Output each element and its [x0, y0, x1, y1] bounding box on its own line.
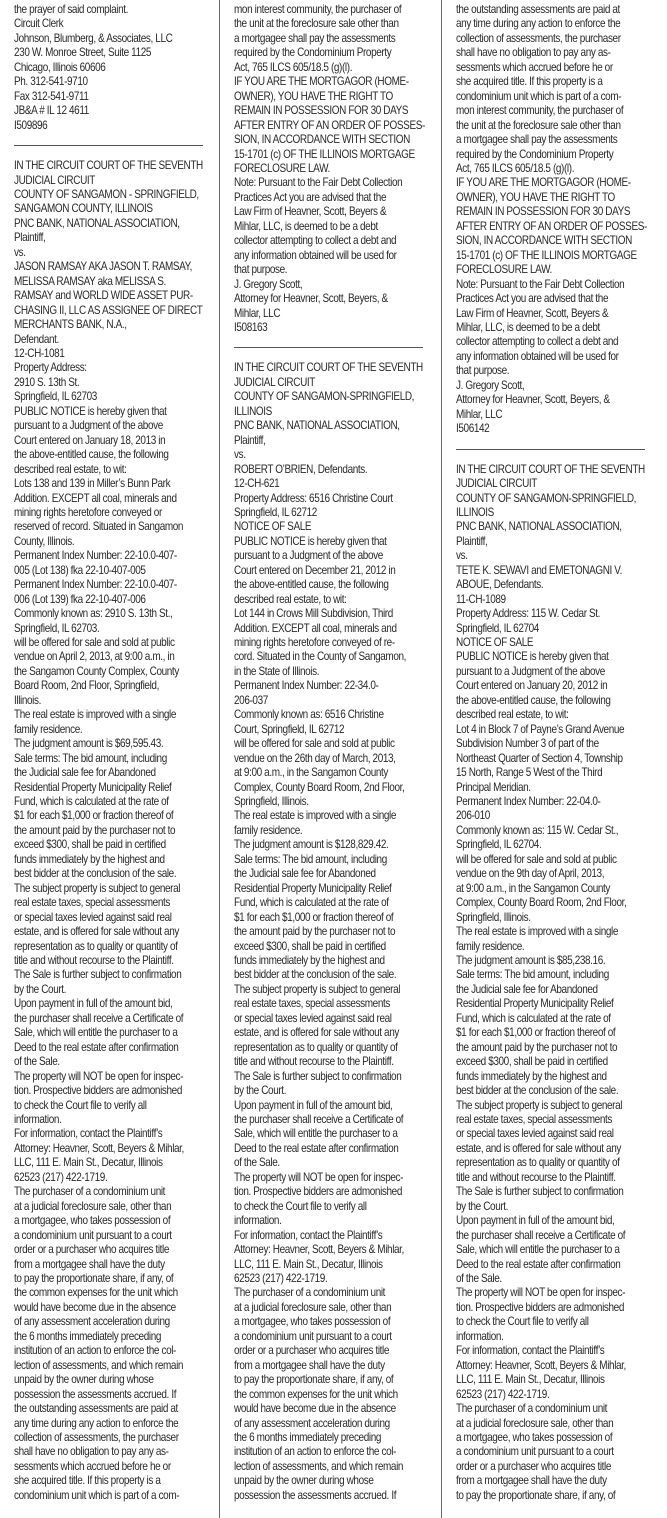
notice-line: order or a purchaser who acquires title: [456, 1460, 654, 1474]
notice-line: or special taxes levied against said rea…: [14, 911, 212, 925]
notice-line: any information obtained will be used fo…: [456, 350, 654, 364]
notice-line: or special taxes levied against said rea…: [234, 1012, 432, 1026]
notice-line: The purchaser of a condominium unit: [14, 1185, 212, 1199]
notice-line: The real estate is improved with a singl…: [14, 708, 212, 722]
notice-line: Deed to the real estate after confirmati…: [14, 1041, 212, 1055]
notice-line: Board Room, 2nd Floor, Springfield,: [14, 679, 212, 693]
notice-line: of the Sale.: [14, 1055, 212, 1069]
column-3: the outstanding assessments are paid ata…: [442, 0, 667, 1518]
notice-line: representation as to quality or quantity…: [456, 1156, 654, 1170]
notice-line: 206-037: [234, 694, 432, 708]
notice-line: estate, and is offered for sale without …: [456, 1142, 654, 1156]
notice-line: of any assessment acceleration during: [234, 1417, 432, 1431]
notice-line: tion. Prospective bidders are admonished: [234, 1185, 432, 1199]
notice-line: Fax 312-541-9711: [14, 90, 212, 104]
notice-line: by the Court.: [234, 1084, 432, 1098]
notice-line: a condominium unit pursuant to a court: [456, 1445, 654, 1459]
notice-line: Plaintiff,: [14, 231, 212, 245]
notice-line: will be offered for sale and sold at pub…: [456, 853, 654, 867]
notice-line: 006 (Lot 139) fka 22-10-407-006: [14, 593, 212, 607]
notice-line: FORECLOSURE LAW.: [456, 263, 654, 277]
notice-line: Residential Property Municipality Relief: [456, 997, 654, 1011]
notice-line: COUNTY OF SANGAMON-SPRINGFIELD,: [234, 390, 432, 404]
notice-line: title and without recourse to the Plaint…: [14, 954, 212, 968]
notice-line: the outstanding assessments are paid at: [14, 1402, 212, 1416]
notice-line: any time during any action to enforce th…: [456, 17, 654, 31]
notice-line: Illinois.: [14, 694, 212, 708]
notice-line: Plaintiff,: [456, 535, 654, 549]
notice-line: the purchaser shall receive a Certificat…: [14, 1012, 212, 1026]
notice-line: at a judicial foreclosure sale, other th…: [456, 1417, 654, 1431]
notice-line: would have become due in the absence: [234, 1402, 432, 1416]
notice-line: AFTER ENTRY OF AN ORDER OF POSSES-: [456, 220, 654, 234]
notice-line: The subject property is subject to gener…: [14, 882, 212, 896]
column-2: mon interest community, the purchaser of…: [220, 0, 442, 1518]
notice-line: Deed to the real estate after confirmati…: [456, 1258, 654, 1272]
notice-line: Property Address:: [14, 361, 212, 375]
notice-line: Springfield, IL 62703.: [14, 622, 212, 636]
notice-line: a mortgagee shall pay the assessments: [234, 32, 432, 46]
notice-line: The purchaser of a condominium unit: [234, 1286, 432, 1300]
notice-line: at 9:00 a.m., in the Sangamon County: [234, 766, 432, 780]
notice-line: Law Firm of Heavner, Scott, Beyers &: [456, 307, 654, 321]
notice-line: a mortgagee shall pay the assessments: [456, 133, 654, 147]
notice-line: 15-1701 (c) OF THE ILLINOIS MORTGAGE: [456, 249, 654, 263]
notice-end-i508163: mon interest community, the purchaser of…: [234, 3, 441, 335]
notice-line: Permanent Index Number: 22-04.0-: [456, 795, 654, 809]
notice-line: will be offered for sale and sold at pub…: [234, 737, 432, 751]
notice-line: possession the assessments accrued. If: [14, 1388, 212, 1402]
notice-line: by the Court.: [456, 1200, 654, 1214]
notice-line: $1 for each $1,000 or fraction thereof o…: [456, 1026, 654, 1040]
notice-line: The real estate is improved with a singl…: [456, 925, 654, 939]
notice-line: The Sale is further subject to confirmat…: [234, 1070, 432, 1084]
notice-line: to check the Court file to verify all: [14, 1099, 212, 1113]
notice-line: 206-010: [456, 809, 654, 823]
notice-line: 2910 S. 13th St.: [14, 376, 212, 390]
notice-line: to pay the proportionate share, if any, …: [234, 1373, 432, 1387]
notice-line: title and without recourse to the Plaint…: [456, 1171, 654, 1185]
notice-line: NOTICE OF SALE: [456, 636, 654, 650]
notice-line: Permanent Index Number: 22-34.0-: [234, 679, 432, 693]
notice-line: 11-CH-1089: [456, 593, 654, 607]
notice-line: Attorney: Heavner, Scott, Beyers & Mihla…: [456, 1359, 654, 1373]
notice-line: family residence.: [456, 940, 654, 954]
notice-obrien-12-ch-621: IN THE CIRCUIT COURT OF THE SEVENTHJUDIC…: [234, 361, 441, 1503]
notice-line: would have become due in the absence: [14, 1301, 212, 1315]
notice-line: cord. Situated in the County of Sangamon…: [234, 650, 432, 664]
notice-line: funds immediately by the highest and: [234, 954, 432, 968]
notice-line: REMAIN IN POSSESSION FOR 30 DAYS: [456, 205, 654, 219]
notice-line: a condominium unit pursuant to a court: [234, 1330, 432, 1344]
notice-line: a mortgagee, who takes possession of: [234, 1315, 432, 1329]
notice-line: collection of assessments, the purchaser: [456, 32, 654, 46]
notice-line: Attorney: Heavner, Scott, Beyers & Mihla…: [14, 1142, 212, 1156]
notice-line: The property will NOT be open for inspec…: [234, 1171, 432, 1185]
notice-line: tion. Prospective bidders are admonished: [14, 1084, 212, 1098]
notice-line: funds immediately by the highest and: [456, 1070, 654, 1084]
notice-line: vs.: [14, 246, 212, 260]
notice-line: Sale, which will entitle the purchaser t…: [234, 1127, 432, 1141]
notice-line: Defendant.: [14, 333, 212, 347]
notice-line: funds immediately by the highest and: [14, 853, 212, 867]
notice-line: family residence.: [234, 824, 432, 838]
notice-line: Sale terms: The bid amount, including: [234, 853, 432, 867]
notice-line: Addition. EXCEPT all coal, minerals and: [14, 492, 212, 506]
notice-line: order or a purchaser who acquires title: [234, 1344, 432, 1358]
notice-line: Residential Property Municipality Relief: [14, 781, 212, 795]
notice-line: to check the Court file to verify all: [456, 1315, 654, 1329]
notice-line: by the Court.: [14, 983, 212, 997]
notice-line: condominium unit which is part of a com-: [14, 1489, 212, 1503]
notice-line: pursuant to a Judgment of the above: [234, 549, 432, 563]
notice-line: a mortgagee, who takes possession of: [14, 1214, 212, 1228]
notice-line: $1 for each $1,000 or fraction thereof o…: [14, 809, 212, 823]
notice-line: a mortgagee, who takes possession of: [456, 1431, 654, 1445]
notice-line: unpaid by the owner during whose: [14, 1373, 212, 1387]
notice-line: The purchaser of a condominium unit: [456, 1402, 654, 1416]
notice-line: at a judicial foreclosure sale, other th…: [234, 1301, 432, 1315]
notice-line: Mihlar, LLC: [456, 408, 654, 422]
notice-line: REMAIN IN POSSESSION FOR 30 DAYS: [234, 104, 432, 118]
notice-line: The judgment amount is $128,829.42.: [234, 838, 432, 852]
notice-line: the common expenses for the unit which: [14, 1286, 212, 1300]
notice-line: best bidder at the conclusion of the sal…: [456, 1084, 654, 1098]
notice-line: any time during any action to enforce th…: [14, 1417, 212, 1431]
notice-line: Upon payment in full of the amount bid,: [14, 997, 212, 1011]
notice-line: Addition. EXCEPT all coal, minerals and: [234, 622, 432, 636]
notice-line: Chicago, Illinois 60606: [14, 61, 212, 75]
notice-line: Sale terms: The bid amount, including: [456, 968, 654, 982]
notice-line: Principal Meridian.: [456, 781, 654, 795]
notice-line: Court entered on January 18, 2013 in: [14, 434, 212, 448]
notice-line: real estate taxes, special assessments: [234, 997, 432, 1011]
notice-line: J. Gregory Scott,: [456, 379, 654, 393]
notice-line: Northeast Quarter of Section 4, Township: [456, 752, 654, 766]
notice-line: IN THE CIRCUIT COURT OF THE SEVENTH: [234, 361, 432, 375]
notice-line: Mihlar, LLC, is deemed to be a debt: [456, 321, 654, 335]
notice-line: information.: [456, 1330, 654, 1344]
notice-line: tion. Prospective bidders are admonished: [456, 1301, 654, 1315]
notice-line: ROBERT O’BRIEN, Defendants.: [234, 463, 432, 477]
notice-end-i506142: the outstanding assessments are paid ata…: [456, 3, 667, 437]
notice-line: the purchaser shall receive a Certificat…: [456, 1229, 654, 1243]
notice-line: possession the assessments accrued. If: [234, 1489, 432, 1503]
notice-line: For information, contact the Plaintiff’s: [14, 1127, 212, 1141]
notice-line: 12-CH-1081: [14, 347, 212, 361]
notice-line: 15-1701 (c) OF THE ILLINOIS MORTGAGE: [234, 148, 432, 162]
notice-line: a condominium unit pursuant to a court: [14, 1229, 212, 1243]
notice-line: Commonly known as: 115 W. Cedar St.,: [456, 824, 654, 838]
notice-line: that purpose.: [234, 263, 432, 277]
notice-line: shall have no obligation to pay any as-: [14, 1445, 212, 1459]
notice-line: Sale, which will entitle the purchaser t…: [14, 1026, 212, 1040]
notice-line: Court entered on December 21, 2012 in: [234, 564, 432, 578]
notice-line: institution of an action to enforce the …: [14, 1344, 212, 1358]
notice-line: Note: Pursuant to the Fair Debt Collecti…: [234, 176, 432, 190]
notice-end-i509896: the prayer of said complaint.Circuit Cle…: [14, 3, 219, 133]
notice-line: Commonly known as: 2910 S. 13th St.,: [14, 607, 212, 621]
notice-line: The subject property is subject to gener…: [456, 1099, 654, 1113]
notice-line: vendue on April 2, 2013, at 9:00 a.m., i…: [14, 650, 212, 664]
notice-line: SION, IN ACCORDANCE WITH SECTION: [456, 234, 654, 248]
notice-line: of any assessment acceleration during: [14, 1315, 212, 1329]
notice-line: the unit at the foreclosure sale other t…: [456, 119, 654, 133]
notice-line: Springfield, Illinois.: [234, 795, 432, 809]
notice-line: For information, contact the Plaintiff’s: [234, 1229, 432, 1243]
notice-line: exceed $300, shall be paid in certified: [234, 940, 432, 954]
notice-line: estate, and is offered for sale without …: [14, 925, 212, 939]
notice-line: 62523 (217) 422-1719.: [14, 1171, 212, 1185]
notice-line: JUDICIAL CIRCUIT: [14, 174, 212, 188]
notice-separator: [456, 449, 645, 450]
notice-line: family residence.: [14, 723, 212, 737]
notice-line: IN THE CIRCUIT COURT OF THE SEVENTH: [14, 159, 212, 173]
notice-line: 15 North, Range 5 West of the Third: [456, 766, 654, 780]
notice-line: ABOUE, Defendants.: [456, 578, 654, 592]
notice-line: mon interest community, the purchaser of: [456, 104, 654, 118]
notice-line: JB&A # IL 12 4611: [14, 104, 212, 118]
notice-line: Springfield, IL 62703: [14, 390, 212, 404]
notice-line: institution of an action to enforce the …: [234, 1445, 432, 1459]
notice-line: Note: Pursuant to the Fair Debt Collecti…: [456, 278, 654, 292]
notice-line: Fund, which is calculated at the rate of: [234, 896, 432, 910]
legal-notices-page: the prayer of said complaint.Circuit Cle…: [0, 0, 667, 1518]
notice-line: collector attempting to collect a debt a…: [234, 234, 432, 248]
notice-line: 62523 (217) 422-1719.: [456, 1388, 654, 1402]
notice-line: OWNER), YOU HAVE THE RIGHT TO: [234, 90, 432, 104]
notice-line: PUBLIC NOTICE is hereby given that: [456, 650, 654, 664]
notice-line: sessments which accrued before he or: [456, 61, 654, 75]
notice-line: I509896: [14, 119, 212, 133]
notice-line: real estate taxes, special assessments: [456, 1113, 654, 1127]
notice-line: sessments which accrued before he or: [14, 1460, 212, 1474]
notice-line: Practices Act you are advised that the: [456, 292, 654, 306]
notice-line: PUBLIC NOTICE is hereby given that: [14, 405, 212, 419]
notice-line: IF YOU ARE THE MORTGAGOR (HOME-: [234, 75, 432, 89]
notice-line: I506142: [456, 422, 654, 436]
notice-line: Fund, which is calculated at the rate of: [14, 795, 212, 809]
notice-line: SANGAMON COUNTY, ILLINOIS: [14, 202, 212, 216]
notice-line: COUNTY OF SANGAMON-SPRINGFIELD,: [456, 492, 654, 506]
notice-line: MELISSA RAMSAY aka MELISSA S.: [14, 275, 212, 289]
notice-line: TETE K. SEWAVI and EMETONAGNI V.: [456, 564, 654, 578]
notice-line: real estate taxes, special assessments: [14, 896, 212, 910]
notice-line: any information obtained will be used fo…: [234, 249, 432, 263]
notice-line: Mihlar, LLC: [234, 307, 432, 321]
notice-line: Lots 138 and 139 in Miller’s Bunn Park: [14, 477, 212, 491]
notice-line: Fund, which is calculated at the rate of: [456, 1012, 654, 1026]
notice-line: Attorney for Heavner, Scott, Beyers, &: [456, 393, 654, 407]
notice-line: Ph. 312-541-9710: [14, 75, 212, 89]
notice-line: vs.: [456, 549, 654, 563]
notice-line: pursuant to a Judgment of the above: [14, 419, 212, 433]
notice-line: required by the Condominium Property: [234, 46, 432, 60]
notice-line: CHASING II, LLC AS ASSIGNEE OF DIRECT: [14, 304, 212, 318]
notice-line: Law Firm of Heavner, Scott, Beyers &: [234, 205, 432, 219]
notice-line: she acquired title. If this property is …: [14, 1474, 212, 1488]
notice-line: required by the Condominium Property: [456, 148, 654, 162]
notice-line: JUDICIAL CIRCUIT: [234, 376, 432, 390]
notice-line: Springfield, IL 62704.: [456, 838, 654, 852]
notice-line: the above-entitled cause, the following: [234, 578, 432, 592]
notice-separator: [234, 347, 423, 348]
notice-line: J. Gregory Scott,: [234, 278, 432, 292]
notice-line: Attorney: Heavner, Scott, Beyers & Mihla…: [234, 1243, 432, 1257]
notice-line: vs.: [234, 448, 432, 462]
column-1: the prayer of said complaint.Circuit Cle…: [0, 0, 220, 1518]
notice-line: order or a purchaser who acquires title: [14, 1243, 212, 1257]
notice-line: Court, Springfield, IL 62712: [234, 723, 432, 737]
notice-ramsay-12-ch-1081: IN THE CIRCUIT COURT OF THE SEVENTHJUDIC…: [14, 159, 219, 1503]
notice-line: the Judicial sale fee for Abandoned: [234, 867, 432, 881]
notice-line: condominium unit which is part of a com-: [456, 90, 654, 104]
notice-line: vendue on the 9th day of April, 2013,: [456, 867, 654, 881]
notice-line: from a mortgagee shall have the duty: [456, 1474, 654, 1488]
notice-line: at 9:00 a.m., in the Sangamon County: [456, 882, 654, 896]
notice-line: described real estate, to wit:: [456, 708, 654, 722]
notice-line: mon interest community, the purchaser of: [234, 3, 432, 17]
notice-line: SION, IN ACCORDANCE WITH SECTION: [234, 133, 432, 147]
notice-line: RAMSAY and WORLD WIDE ASSET PUR-: [14, 289, 212, 303]
notice-line: $1 for each $1,000 or fraction thereof o…: [234, 911, 432, 925]
notice-line: that purpose.: [456, 364, 654, 378]
notice-line: mining rights heretofore conveyed or: [14, 506, 212, 520]
notice-line: representation as to quality or quantity…: [14, 940, 212, 954]
notice-line: reserved of record. Situated in Sangamon: [14, 520, 212, 534]
notice-sewavi-11-ch-1089: IN THE CIRCUIT COURT OF THE SEVENTHJUDIC…: [456, 463, 667, 1504]
notice-line: of the Sale.: [234, 1156, 432, 1170]
notice-line: Act, 765 ILCS 605/18.5 (g)(l).: [456, 162, 654, 176]
notice-line: LLC, 111 E. Main St., Decatur, Illinois: [456, 1373, 654, 1387]
notice-line: 12-CH-621: [234, 477, 432, 491]
notice-line: estate, and is offered for sale without …: [234, 1026, 432, 1040]
notice-line: lection of assessments, and which remain: [234, 1460, 432, 1474]
notice-line: collection of assessments, the purchaser: [14, 1431, 212, 1445]
notice-line: or special taxes levied against said rea…: [456, 1127, 654, 1141]
notice-line: the common expenses for the unit which: [234, 1388, 432, 1402]
notice-line: to pay the proportionate share, if any, …: [14, 1272, 212, 1286]
notice-line: PNC BANK, NATIONAL ASSOCIATION,: [14, 217, 212, 231]
notice-line: the above-entitled cause, the following: [14, 448, 212, 462]
notice-line: the prayer of said complaint.: [14, 3, 212, 17]
notice-line: IN THE CIRCUIT COURT OF THE SEVENTH: [456, 463, 654, 477]
notice-line: from a mortgagee shall have the duty: [14, 1258, 212, 1272]
notice-line: the Sangamon County Complex, County: [14, 665, 212, 679]
notice-line: of the Sale.: [456, 1272, 654, 1286]
notice-line: the unit at the foreclosure sale other t…: [234, 17, 432, 31]
notice-line: Upon payment in full of the amount bid,: [234, 1099, 432, 1113]
notice-line: Upon payment in full of the amount bid,: [456, 1214, 654, 1228]
notice-line: PUBLIC NOTICE is hereby given that: [234, 535, 432, 549]
notice-line: best bidder at the conclusion of the sal…: [14, 867, 212, 881]
notice-line: MERCHANTS BANK, N.A.,: [14, 318, 212, 332]
notice-line: IF YOU ARE THE MORTGAGOR (HOME-: [456, 176, 654, 190]
notice-line: exceed $300, shall be paid in certified: [456, 1055, 654, 1069]
notice-line: exceed $300, shall be paid in certified: [14, 838, 212, 852]
notice-line: Complex, County Board Room, 2nd Floor,: [456, 896, 654, 910]
notice-line: the amount paid by the purchaser not to: [456, 1041, 654, 1055]
notice-line: The property will NOT be open for inspec…: [456, 1286, 654, 1300]
notice-line: title and without recourse to the Plaint…: [234, 1055, 432, 1069]
notice-line: described real estate, to wit:: [14, 463, 212, 477]
notice-line: Springfield, IL 62712: [234, 506, 432, 520]
notice-line: Permanent Index Number: 22-10.0-407-: [14, 578, 212, 592]
notice-line: Springfield, IL 62704: [456, 622, 654, 636]
notice-line: shall have no obligation to pay any as-: [456, 46, 654, 60]
notice-line: to pay the proportionate share, if any, …: [456, 1489, 654, 1503]
notice-line: vendue on the 26th day of March, 2013,: [234, 752, 432, 766]
notice-line: Lot 144 in Crows Mill Subdivision, Third: [234, 607, 432, 621]
notice-line: NOTICE OF SALE: [234, 520, 432, 534]
notice-line: Court entered on January 20, 2012 in: [456, 679, 654, 693]
notice-line: collector attempting to collect a debt a…: [456, 335, 654, 349]
notice-line: Complex, County Board Room, 2nd Floor,: [234, 781, 432, 795]
notice-line: will be offered for sale and sold at pub…: [14, 636, 212, 650]
notice-line: The subject property is subject to gener…: [234, 983, 432, 997]
notice-line: Property Address: 115 W. Cedar St.: [456, 607, 654, 621]
notice-line: Sale terms: The bid amount, including: [14, 752, 212, 766]
notice-line: Sale, which will entitle the purchaser t…: [456, 1243, 654, 1257]
notice-line: Mihlar, LLC, is deemed to be a debt: [234, 220, 432, 234]
notice-line: LLC, 111 E. Main St., Decatur, Illinois: [14, 1156, 212, 1170]
notice-line: 230 W. Monroe Street, Suite 1125: [14, 46, 212, 60]
notice-line: County, Illinois.: [14, 535, 212, 549]
notice-line: The judgment amount is $85,238.16.: [456, 954, 654, 968]
notice-line: For information, contact the Plaintiff’s: [456, 1344, 654, 1358]
notice-line: the outstanding assessments are paid at: [456, 3, 654, 17]
notice-line: Circuit Clerk: [14, 17, 212, 31]
notice-line: Attorney for Heavner, Scott, Beyers, &: [234, 292, 432, 306]
notice-line: AFTER ENTRY OF AN ORDER OF POSSES-: [234, 119, 432, 133]
notice-line: the Judicial sale fee for Abandoned: [456, 983, 654, 997]
notice-line: the above-entitled cause, the following: [456, 694, 654, 708]
notice-line: COUNTY OF SANGAMON - SPRINGFIELD,: [14, 188, 212, 202]
notice-line: the purchaser shall receive a Certificat…: [234, 1113, 432, 1127]
notice-line: the 6 months immediately preceding: [14, 1330, 212, 1344]
notice-line: The Sale is further subject to confirmat…: [14, 968, 212, 982]
notice-line: mining rights heretofore conveyed of re-: [234, 636, 432, 650]
notice-line: Springfield, Illinois.: [456, 911, 654, 925]
notice-line: LLC, 111 E. Main St., Decatur, Illinois: [234, 1258, 432, 1272]
notice-line: I508163: [234, 321, 432, 335]
notice-line: Permanent Index Number: 22-10.0-407-: [14, 549, 212, 563]
notice-line: Johnson, Blumberg, & Associates, LLC: [14, 32, 212, 46]
notice-line: JUDICIAL CIRCUIT: [456, 477, 654, 491]
notice-line: The judgment amount is $69,595.43.: [14, 737, 212, 751]
notice-line: Subdivision Number 3 of part of the: [456, 737, 654, 751]
notice-line: unpaid by the owner during whose: [234, 1474, 432, 1488]
notice-line: representation as to quality or quantity…: [234, 1041, 432, 1055]
notice-line: OWNER), YOU HAVE THE RIGHT TO: [456, 191, 654, 205]
notice-line: The real estate is improved with a singl…: [234, 809, 432, 823]
notice-line: the amount paid by the purchaser not to: [234, 925, 432, 939]
notice-line: ILLINOIS: [234, 405, 432, 419]
notice-line: information.: [234, 1214, 432, 1228]
notice-line: Property Address: 6516 Christine Court: [234, 492, 432, 506]
notice-line: the Judicial sale fee for Abandoned: [14, 766, 212, 780]
notice-line: PNC BANK, NATIONAL ASSOCIATION,: [234, 419, 432, 433]
notice-line: The property will NOT be open for inspec…: [14, 1070, 212, 1084]
notice-line: The Sale is further subject to confirmat…: [456, 1185, 654, 1199]
notice-separator: [14, 145, 203, 146]
notice-line: Residential Property Municipality Relief: [234, 882, 432, 896]
notice-line: she acquired title. If this property is …: [456, 75, 654, 89]
notice-line: Act, 765 ILCS 605/18.5 (g)(l).: [234, 61, 432, 75]
notice-line: ILLINOIS: [456, 506, 654, 520]
notice-line: at a judicial foreclosure sale, other th…: [14, 1200, 212, 1214]
notice-line: lection of assessments, and which remain: [14, 1359, 212, 1373]
